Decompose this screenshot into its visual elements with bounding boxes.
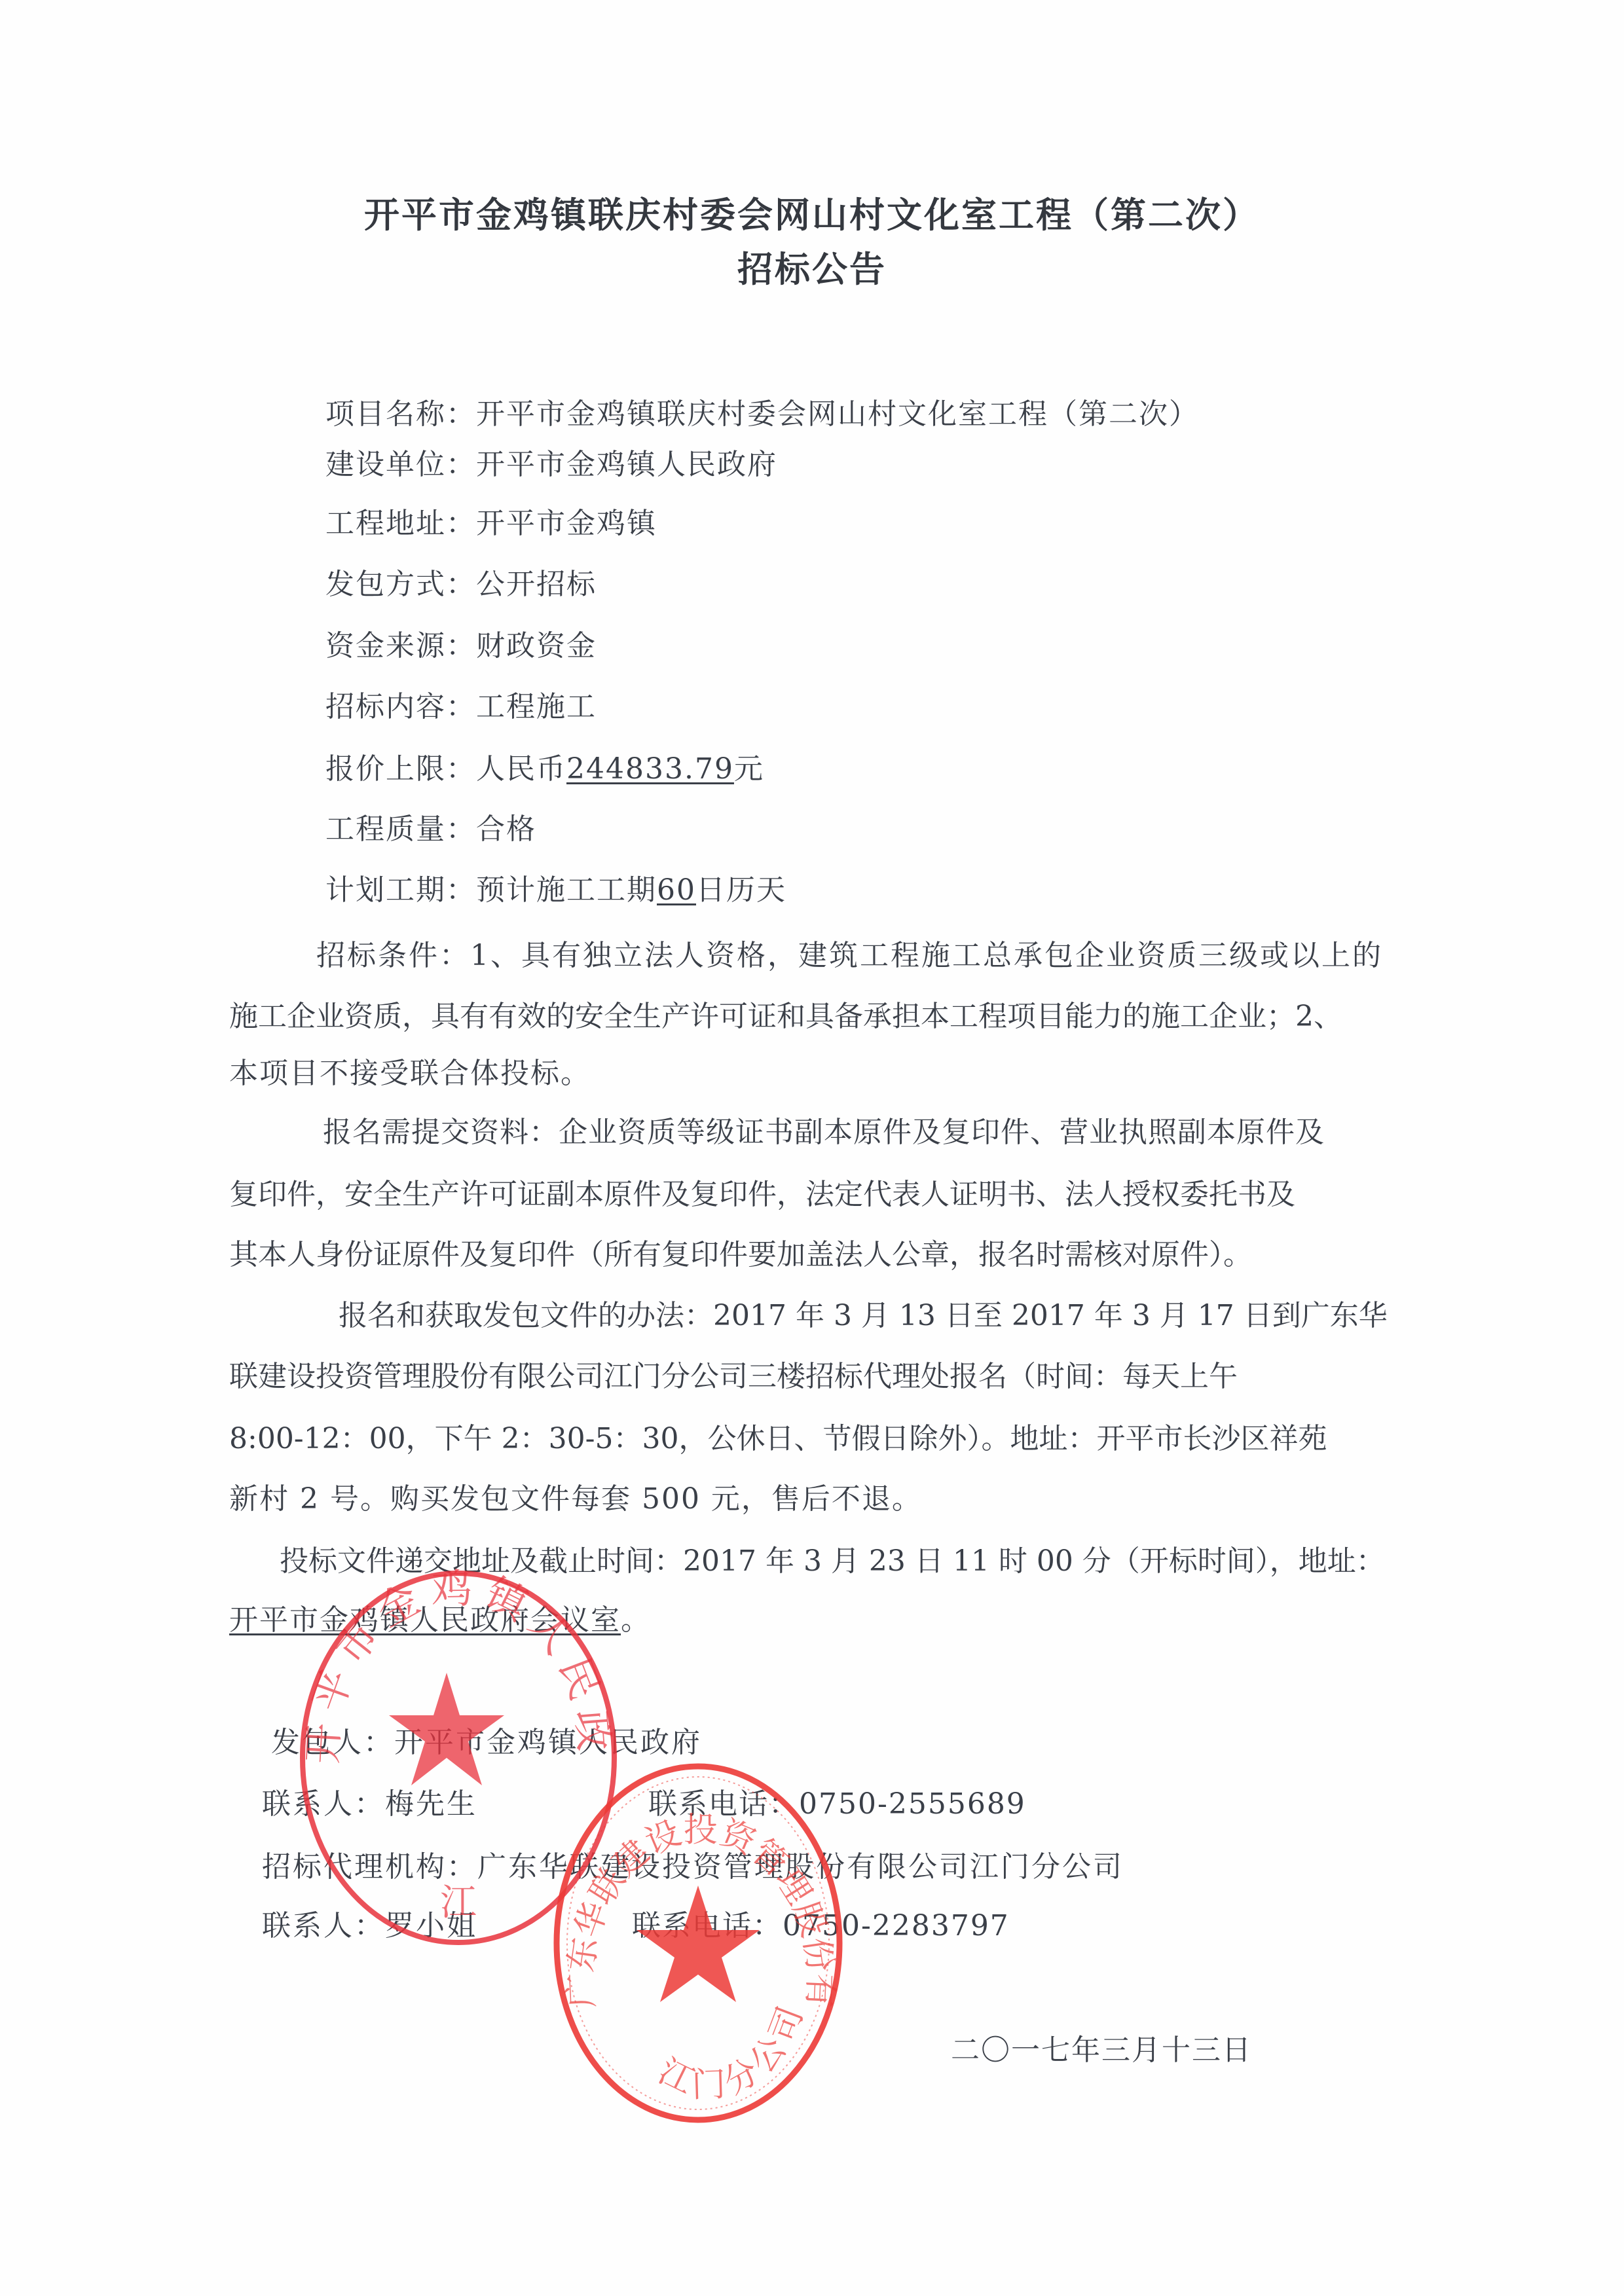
field-label: 项目名称： bbox=[325, 397, 476, 431]
field-label: 工程质量： bbox=[325, 812, 476, 846]
meeting-room-address: 开平市金鸡镇人民政府会议室 bbox=[229, 1603, 621, 1637]
field-label: 建设单位： bbox=[325, 448, 476, 481]
agency-line: 招标代理机构：广东华联建设投资管理股份有限公司江门分公司 bbox=[262, 1849, 1124, 1886]
materials-line-3: 其本人身份证原件及复印件（所有复印件要加盖法人公章，报名时需核对原件）。 bbox=[229, 1237, 1252, 1273]
field-schedule: 计划工期：预计施工工期60日历天 bbox=[325, 872, 786, 909]
document-page: 开平市金鸡镇联庆村委会网山村文化室工程（第二次） 招标公告 项目名称：开平市金鸡… bbox=[0, 0, 1624, 2296]
registration-line-1: 报名和获取发包文件的办法：2017 年 3 月 13 日至 2017 年 3 月… bbox=[339, 1298, 1388, 1334]
materials-line-2: 复印件，安全生产许可证副本原件及复印件，法定代表人证明书、法人授权委托书及 bbox=[229, 1176, 1295, 1213]
field-address: 工程地址：开平市金鸡镇 bbox=[325, 505, 657, 542]
field-value: 工程施工 bbox=[476, 690, 597, 723]
contact1-value: 梅先生 bbox=[385, 1787, 477, 1821]
phone2-value: 0750-2283797 bbox=[783, 1909, 1010, 1942]
field-value: 公开招标 bbox=[476, 568, 597, 601]
schedule-days: 60 bbox=[657, 873, 696, 907]
svg-text:江门分公司: 江门分公司 bbox=[652, 1997, 813, 2105]
period: 。 bbox=[621, 1603, 651, 1637]
phone1-label: 联系电话： bbox=[648, 1787, 799, 1821]
phone2-line: 联系电话：0750-2283797 bbox=[632, 1908, 1010, 1944]
field-project-name: 项目名称：开平市金鸡镇联庆村委会网山村文化室工程（第二次） bbox=[325, 396, 1199, 433]
price-cap-amount: 244833.79 bbox=[566, 752, 734, 786]
phone2-label: 联系电话： bbox=[632, 1909, 783, 1942]
field-fund-source: 资金来源：财政资金 bbox=[325, 628, 597, 665]
field-value: 合格 bbox=[476, 812, 536, 846]
field-label: 计划工期： bbox=[325, 873, 476, 907]
field-label: 发包方式： bbox=[325, 568, 476, 601]
contact2-line: 联系人：罗小姐 bbox=[262, 1908, 477, 1944]
field-value-suffix: 元 bbox=[734, 752, 764, 786]
field-label: 工程地址： bbox=[325, 507, 476, 540]
field-value-suffix: 日历天 bbox=[696, 873, 786, 907]
submission-line-2: 开平市金鸡镇人民政府会议室。 bbox=[229, 1602, 651, 1639]
field-builder: 建设单位：开平市金鸡镇人民政府 bbox=[325, 446, 777, 483]
issuer-value: 开平市金鸡镇人民政府 bbox=[394, 1726, 702, 1759]
phone1-value: 0750-2555689 bbox=[799, 1787, 1026, 1821]
agency-label: 招标代理机构： bbox=[262, 1850, 477, 1884]
submission-line-1: 投标文件递交地址及截止时间：2017 年 3 月 23 日 11 时 00 分（… bbox=[280, 1543, 1385, 1580]
issuer-label: 发包人： bbox=[271, 1726, 394, 1759]
materials-line-1: 报名需提交资料：企业资质等级证书副本原件及复印件、营业执照副本原件及 bbox=[323, 1114, 1325, 1151]
conditions-line-2: 施工企业资质，具有有效的安全生产许可证和具备承担本工程项目能力的施工企业；2、 bbox=[229, 998, 1342, 1035]
contact1-line: 联系人：梅先生 bbox=[262, 1786, 477, 1823]
field-bid-content: 招标内容：工程施工 bbox=[325, 689, 597, 725]
field-contract-method: 发包方式：公开招标 bbox=[325, 566, 597, 603]
field-value: 财政资金 bbox=[476, 629, 597, 663]
field-value: 开平市金鸡镇人民政府 bbox=[476, 448, 777, 481]
conditions-line-1: 招标条件：1、具有独立法人资格，建筑工程施工总承包企业资质三级或以上的 bbox=[316, 938, 1383, 974]
field-value-prefix: 人民币 bbox=[476, 752, 566, 786]
field-value: 开平市金鸡镇联庆村委会网山村文化室工程（第二次） bbox=[476, 397, 1199, 431]
contact1-label: 联系人： bbox=[262, 1787, 385, 1821]
agency-value: 广东华联建设投资管理股份有限公司江门分公司 bbox=[477, 1850, 1124, 1884]
registration-line-3: 8:00-12：00，下午 2：30-5：30，公休日、节假日除外）。地址：开平… bbox=[229, 1421, 1327, 1457]
issuer-line: 发包人：开平市金鸡镇人民政府 bbox=[271, 1724, 702, 1761]
contact2-label: 联系人： bbox=[262, 1909, 385, 1942]
field-value: 开平市金鸡镇 bbox=[476, 507, 657, 540]
issue-date: 二〇一七年三月十三日 bbox=[951, 2032, 1252, 2069]
registration-line-2: 联建设投资管理股份有限公司江门分公司三楼招标代理处报名（时间：每天上午 bbox=[229, 1358, 1238, 1395]
phone1-line: 联系电话：0750-2555689 bbox=[648, 1786, 1026, 1823]
field-price-cap: 报价上限：人民币244833.79元 bbox=[325, 751, 764, 788]
contact2-value: 罗小姐 bbox=[385, 1909, 477, 1942]
field-label: 报价上限： bbox=[325, 752, 476, 786]
registration-line-4: 新村 2 号。购买发包文件每套 500 元，售后不退。 bbox=[229, 1481, 922, 1518]
document-subtitle: 招标公告 bbox=[0, 249, 1624, 291]
field-value-prefix: 预计施工工期 bbox=[476, 873, 657, 907]
document-title: 开平市金鸡镇联庆村委会网山村文化室工程（第二次） bbox=[0, 194, 1624, 236]
field-quality: 工程质量：合格 bbox=[325, 811, 536, 848]
field-label: 资金来源： bbox=[325, 629, 476, 663]
field-label: 招标内容： bbox=[325, 690, 476, 723]
conditions-line-3: 本项目不接受联合体投标。 bbox=[229, 1055, 591, 1092]
